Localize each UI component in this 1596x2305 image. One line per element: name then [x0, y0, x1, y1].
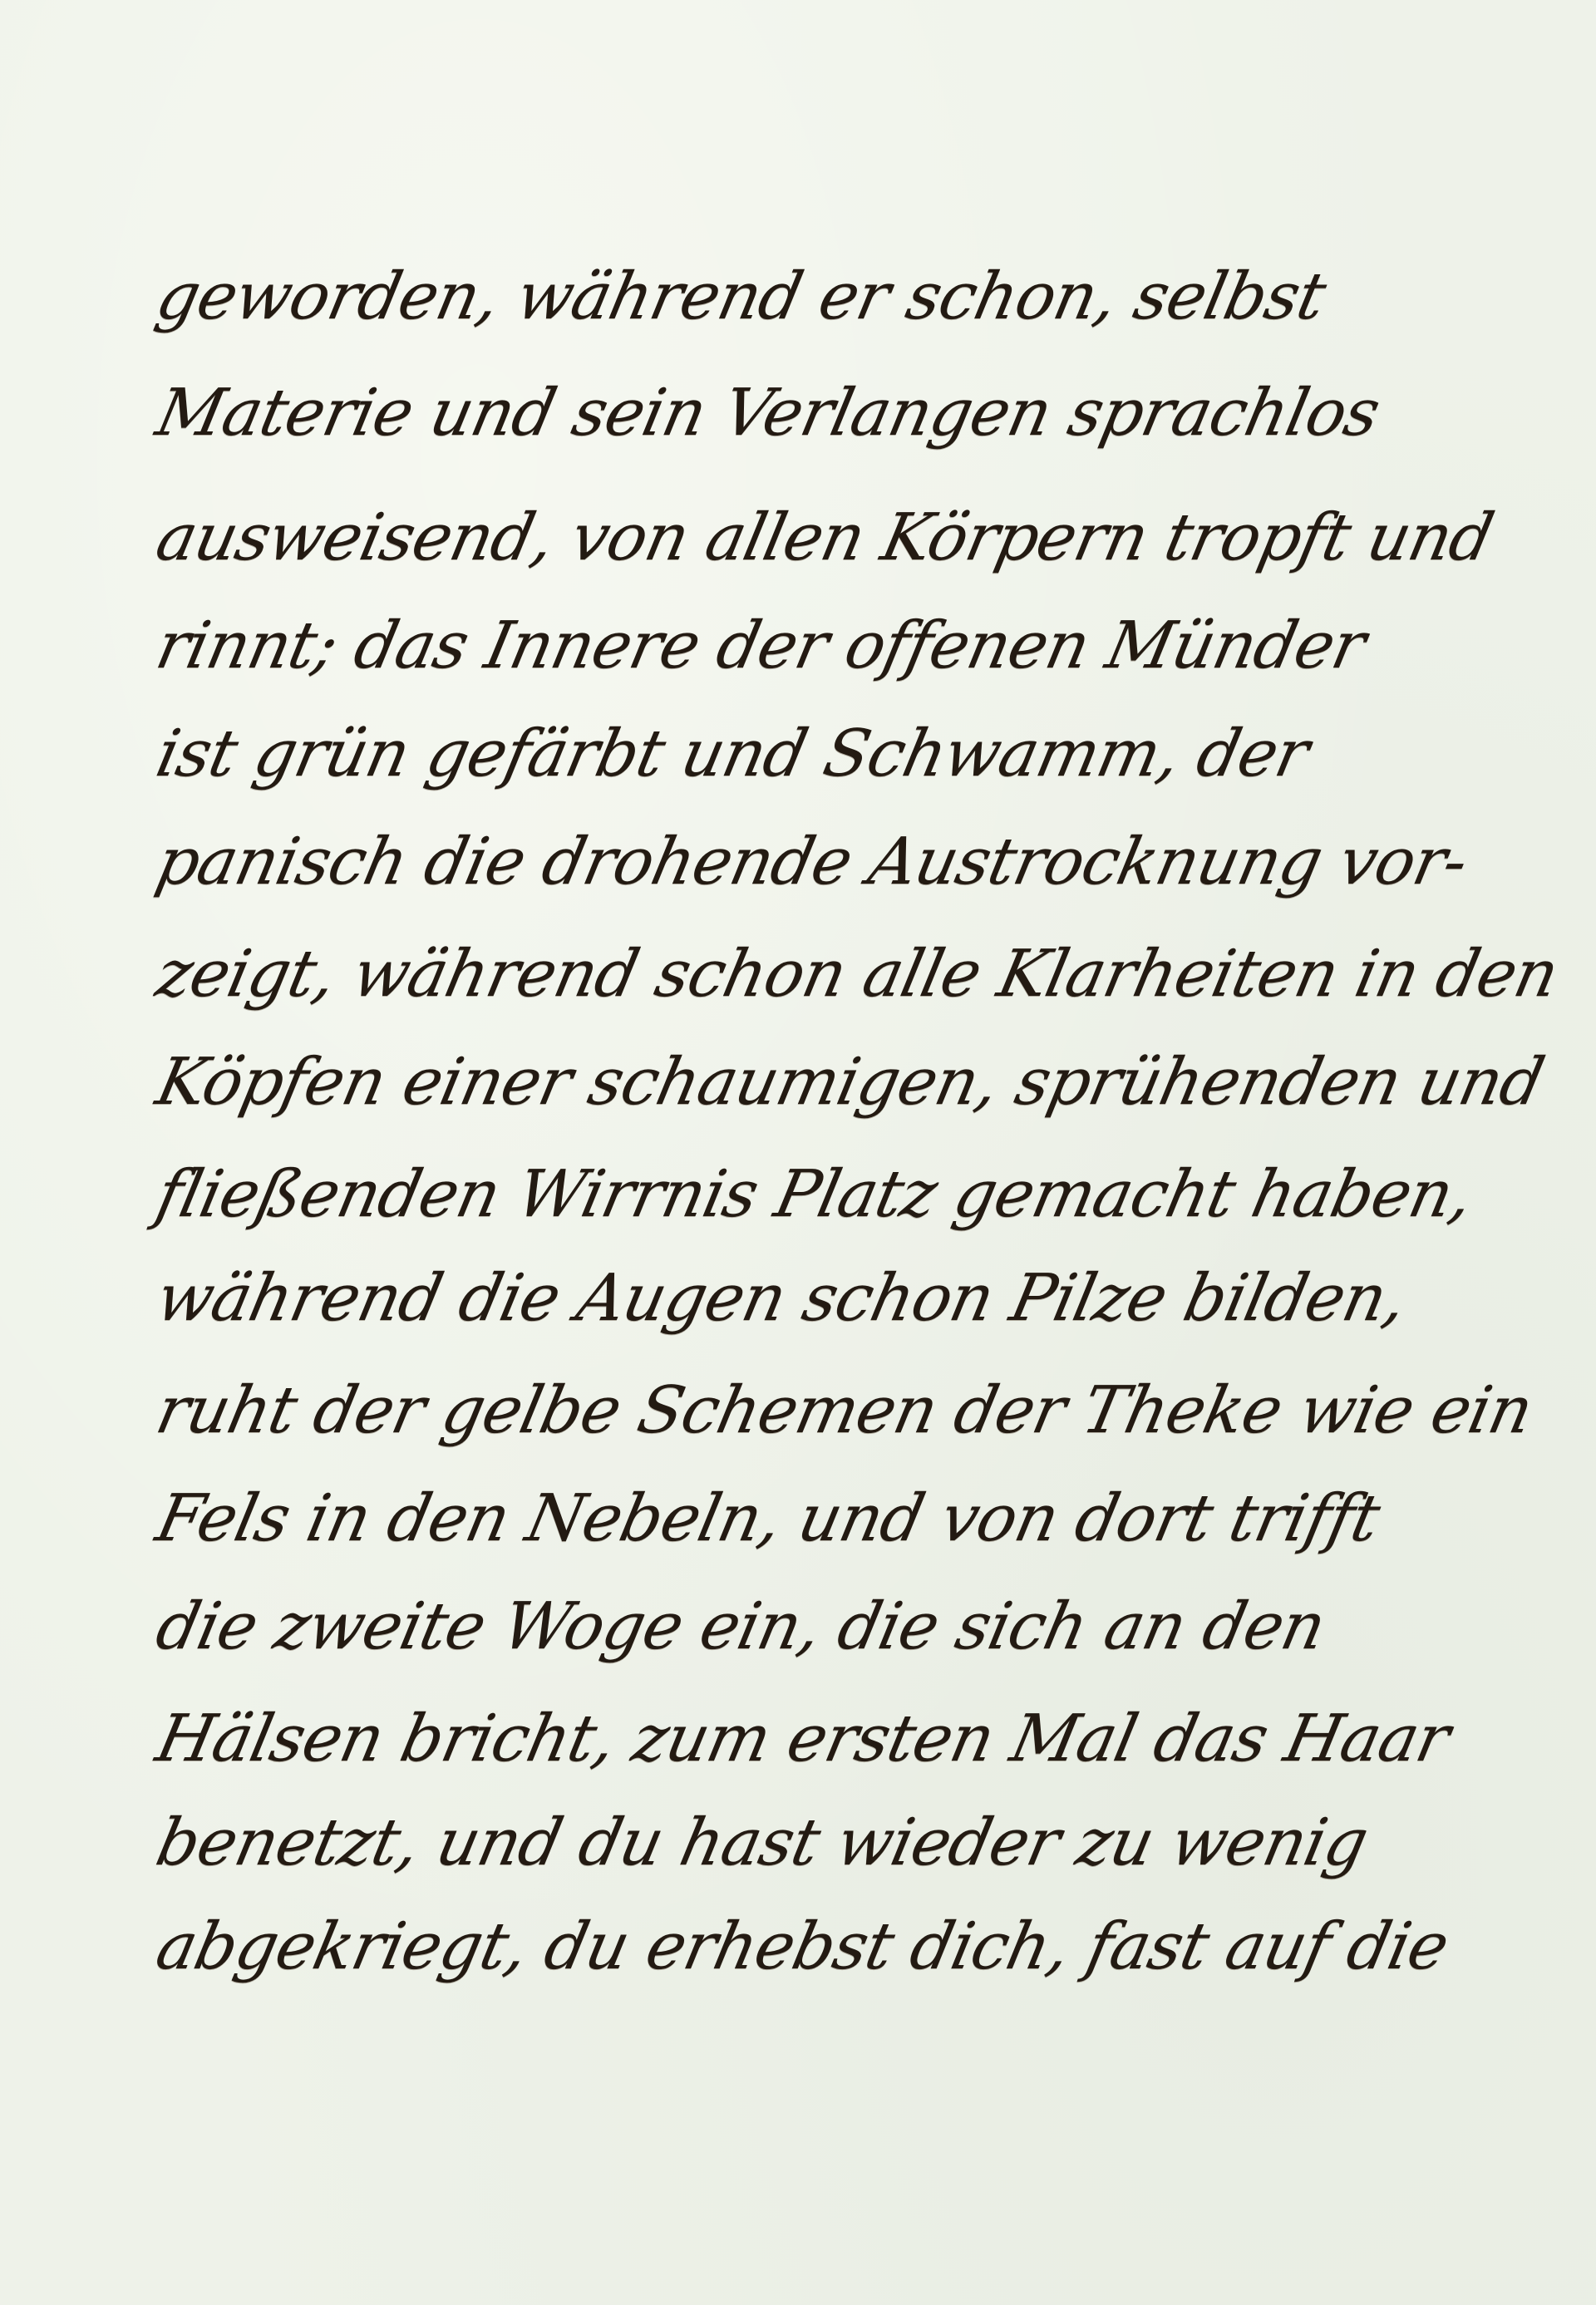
manuscript-line-9: fließenden Wirrnis Platz gemacht haben,: [151, 1162, 1478, 1227]
manuscript-line-2: Materie und sein Verlangen sprachlos: [151, 381, 1385, 446]
manuscript-page: geworden, während er schon, selbst Mater…: [0, 0, 1596, 2305]
manuscript-line-11: ruht der gelbe Schemen der Theke wie ein: [151, 1378, 1538, 1443]
manuscript-line-15: benetzt, und du hast wieder zu wenig: [151, 1810, 1373, 1875]
manuscript-line-16: abgekriegt, du erhebst dich, fast auf di…: [151, 1914, 1454, 1979]
manuscript-line-14: Hälsen bricht, zum ersten Mal das Haar: [151, 1707, 1455, 1771]
manuscript-line-8: Köpfen einer schaumigen, sprühenden und: [151, 1050, 1549, 1115]
manuscript-line-5: ist grün gefärbt und Schwamm, der: [151, 722, 1314, 786]
manuscript-line-3: ausweisend, von allen Körpern tropft und: [151, 505, 1499, 570]
manuscript-line-4: rinnt; das Innere der offenen Münder: [151, 613, 1371, 678]
manuscript-line-12: Fels in den Nebeln, und von dort trifft: [151, 1486, 1385, 1551]
manuscript-line-10: während die Augen schon Pilze bilden,: [151, 1266, 1411, 1331]
manuscript-line-7: zeigt, während schon alle Klarheiten in …: [151, 942, 1564, 1007]
manuscript-line-13: die zweite Woge ein, die sich an den: [151, 1594, 1331, 1659]
manuscript-line-1: geworden, während er schon, selbst: [151, 264, 1331, 329]
manuscript-line-6: panisch die drohende Austrocknung vor-: [151, 830, 1473, 894]
